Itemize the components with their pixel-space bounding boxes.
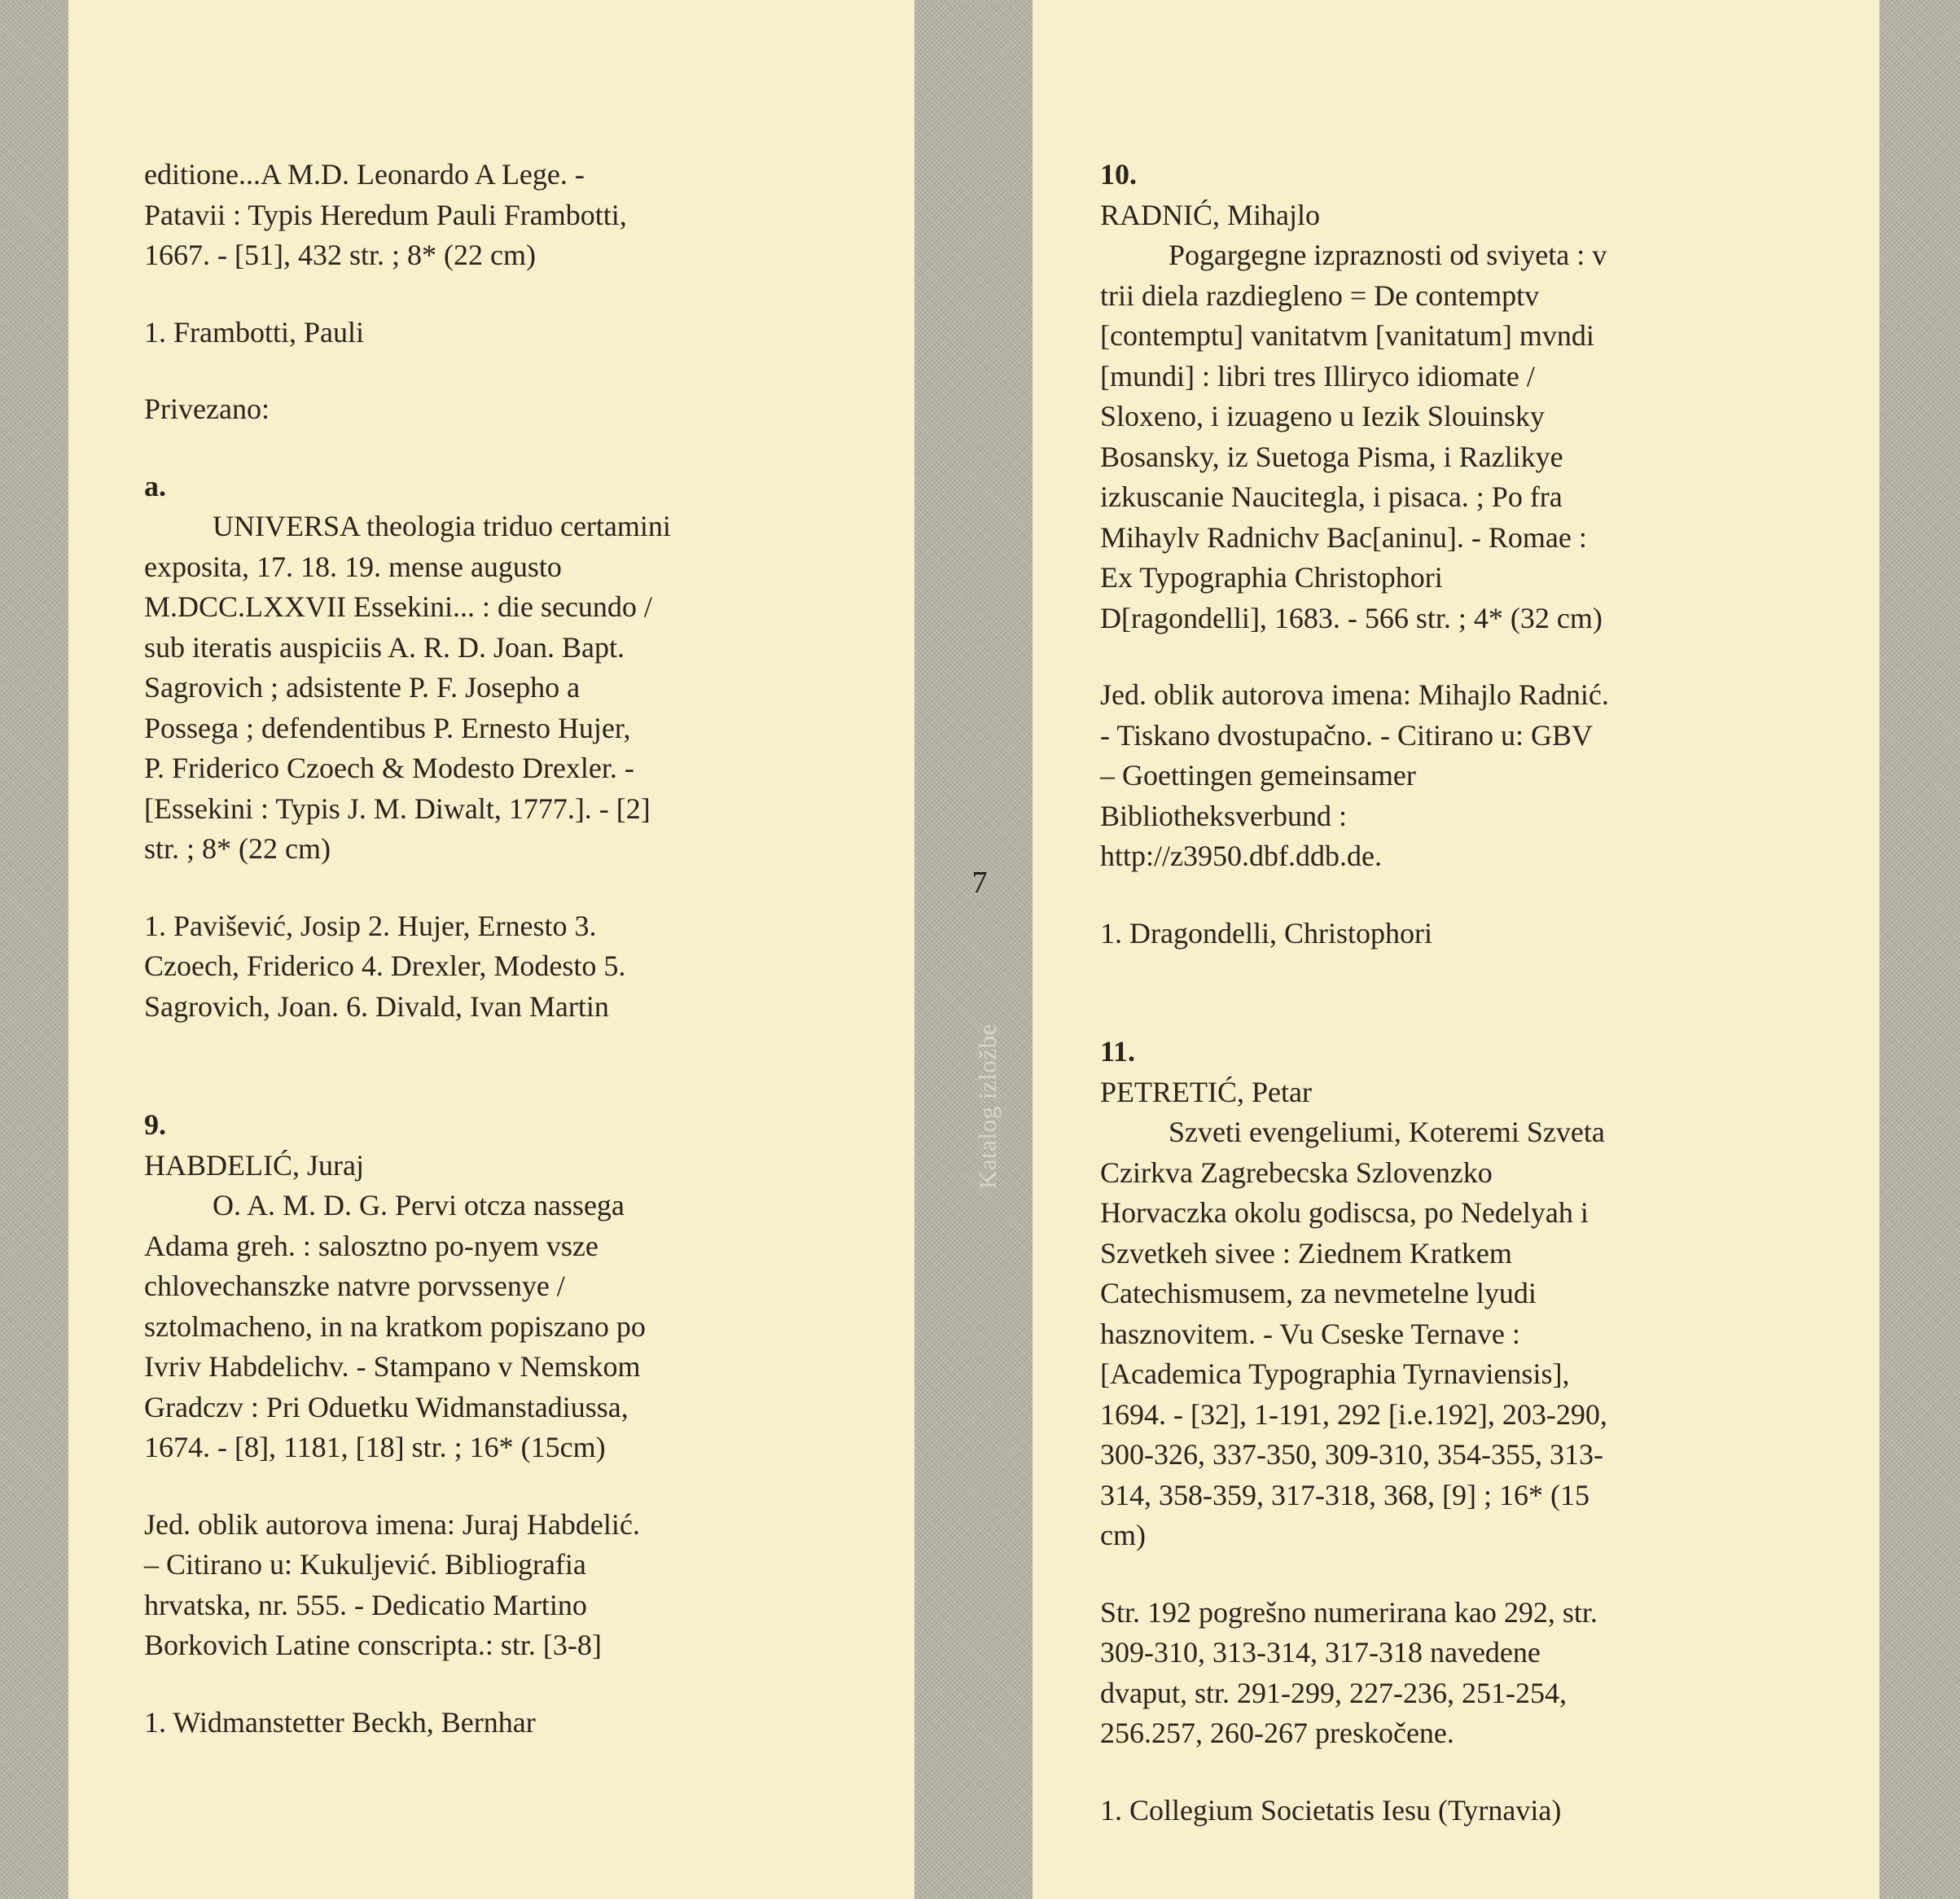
bound-item-letter: a. xyxy=(144,467,763,507)
entry-10-author: RADNIĆ, Mihajlo xyxy=(1100,195,1719,236)
entry-10-title: Pogargegne izpraznosti od sviyeta : v xyxy=(1100,235,1719,276)
entry-10-description: trii diela razdiegleno = De contemptv [c… xyxy=(1100,276,1719,639)
entry-11-author: PETRETIĆ, Petar xyxy=(1100,1072,1719,1113)
bound-item-headings: 1. Pavišević, Josip 2. Hujer, Ernesto 3.… xyxy=(144,906,763,1028)
entry-9-headings: 1. Widmanstetter Beckh, Bernhar xyxy=(144,1703,763,1743)
entry-11-number: 11. xyxy=(1100,1032,1719,1072)
entry-10-headings: 1. Dragondelli, Christophori xyxy=(1100,914,1719,954)
bound-item-title: UNIVERSA theologia triduo certamini xyxy=(144,507,763,547)
entry-9-title: O. A. M. D. G. Pervi otcza nassega xyxy=(144,1186,763,1226)
scan-margin-left xyxy=(0,0,68,1899)
entry-10-notes: Jed. oblik autorova imena: Mihajlo Radni… xyxy=(1100,675,1719,877)
scan-margin-right xyxy=(1879,0,1960,1899)
gutter-strip xyxy=(914,0,1033,1899)
bound-with-label: Privezano: xyxy=(144,389,763,430)
bound-item-description: exposita, 17. 18. 19. mense augusto M.DC… xyxy=(144,547,763,870)
left-column: editione...A M.D. Leonardo A Lege. - Pat… xyxy=(144,155,763,1743)
entry-10-number: 10. xyxy=(1100,155,1719,195)
entry-9-description: Adama greh. : salosztno po-nyem vsze chl… xyxy=(144,1226,763,1468)
entry-11-headings: 1. Collegium Societatis Iesu (Tyrnavia) xyxy=(1100,1791,1719,1831)
entry-8-imprint-continuation: editione...A M.D. Leonardo A Lege. - Pat… xyxy=(144,155,763,276)
entry-11-notes: Str. 192 pogrešno numerirana kao 292, st… xyxy=(1100,1593,1719,1754)
entry-9-number: 9. xyxy=(144,1105,763,1146)
right-column: 10. RADNIĆ, Mihajlo Pogargegne izpraznos… xyxy=(1100,155,1719,1831)
entry-9-author: HABDELIĆ, Juraj xyxy=(144,1146,763,1186)
entry-11-title: Szveti evengeliumi, Koteremi Szveta xyxy=(1100,1112,1719,1153)
entry-9-notes: Jed. oblik autorova imena: Juraj Habdeli… xyxy=(144,1505,763,1666)
running-title: Katalog izložbe xyxy=(973,1024,1002,1189)
entry-11-description: Czirkva Zagrebecska Szlovenzko Horvaczka… xyxy=(1100,1153,1719,1556)
page-number: 7 xyxy=(963,865,996,901)
entry-8-headings: 1. Frambotti, Pauli xyxy=(144,313,763,353)
